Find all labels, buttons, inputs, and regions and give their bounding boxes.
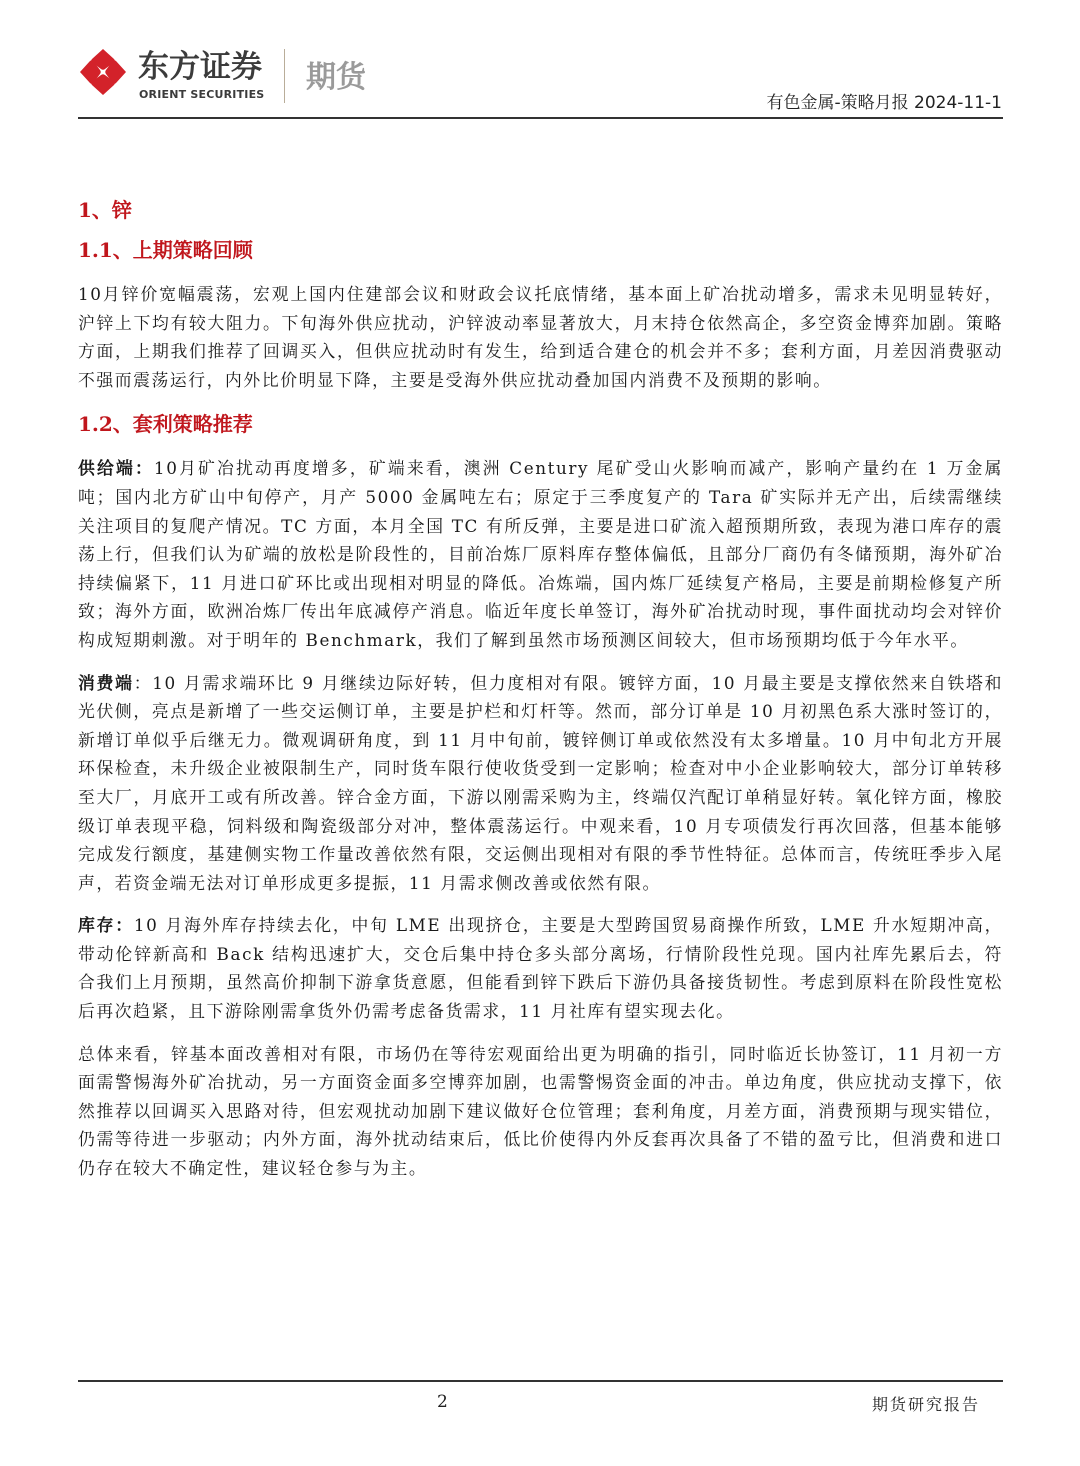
footer-label: 期货研究报告 <box>872 1392 980 1415</box>
page-number: 2 <box>437 1392 448 1412</box>
section-title-zinc: 1、锌 <box>78 190 1003 230</box>
inventory-text: 10 月海外库存持续去化，中旬 LME 出现挤仓，主要是大型跨国贸易商操作所致，… <box>78 915 1003 1021</box>
demand-text: ：10 月需求端环比 9 月继续边际好转，但力度相对有限。镀锌方面，10 月最主… <box>78 673 1003 893</box>
logo-divider <box>284 49 285 103</box>
supply-text: 10月矿冶扰动再度增多，矿端来看，澳洲 Century 尾矿受山火影响而减产，影… <box>78 458 1003 650</box>
supply-lead: 供给端： <box>78 458 154 478</box>
division-label: 期货 <box>306 52 366 96</box>
page-header: 东方证券 ORIENT SECURITIES 期货 有色金属-策略月报 2024… <box>0 0 1080 125</box>
supply-paragraph: 供给端：10月矿冶扰动再度增多，矿端来看，澳洲 Century 尾矿受山火影响而… <box>78 454 1003 654</box>
inventory-lead: 库存： <box>78 915 134 935</box>
header-rule <box>78 117 1003 119</box>
logo-english-name: ORIENT SECURITIES <box>139 88 264 101</box>
demand-paragraph: 消费端：10 月需求端环比 9 月继续边际好转，但力度相对有限。镀锌方面，10 … <box>78 669 1003 898</box>
report-title: 有色金属-策略月报 2024-11-1 <box>766 88 1002 113</box>
subsection-title-previous-review: 1.1、上期策略回顾 <box>78 230 1003 270</box>
orient-securities-logo-icon <box>78 47 128 97</box>
footer-rule <box>78 1380 1003 1382</box>
report-body: 1、锌 1.1、上期策略回顾 10月锌价宽幅震荡，宏观上国内住建部会议和财政会议… <box>78 190 1003 1183</box>
previous-strategy-review-paragraph: 10月锌价宽幅震荡，宏观上国内住建部会议和财政会议托底情绪，基本面上矿冶扰动增多… <box>78 280 1003 394</box>
logo-chinese-name: 东方证券 <box>138 50 262 84</box>
demand-lead: 消费端 <box>78 673 134 693</box>
inventory-paragraph: 库存：10 月海外库存持续去化，中旬 LME 出现挤仓，主要是大型跨国贸易商操作… <box>78 911 1003 1025</box>
summary-paragraph: 总体来看，锌基本面改善相对有限，市场仍在等待宏观面给出更为明确的指引，同时临近长… <box>78 1040 1003 1183</box>
subsection-title-arbitrage: 1.2、套利策略推荐 <box>78 404 1003 444</box>
